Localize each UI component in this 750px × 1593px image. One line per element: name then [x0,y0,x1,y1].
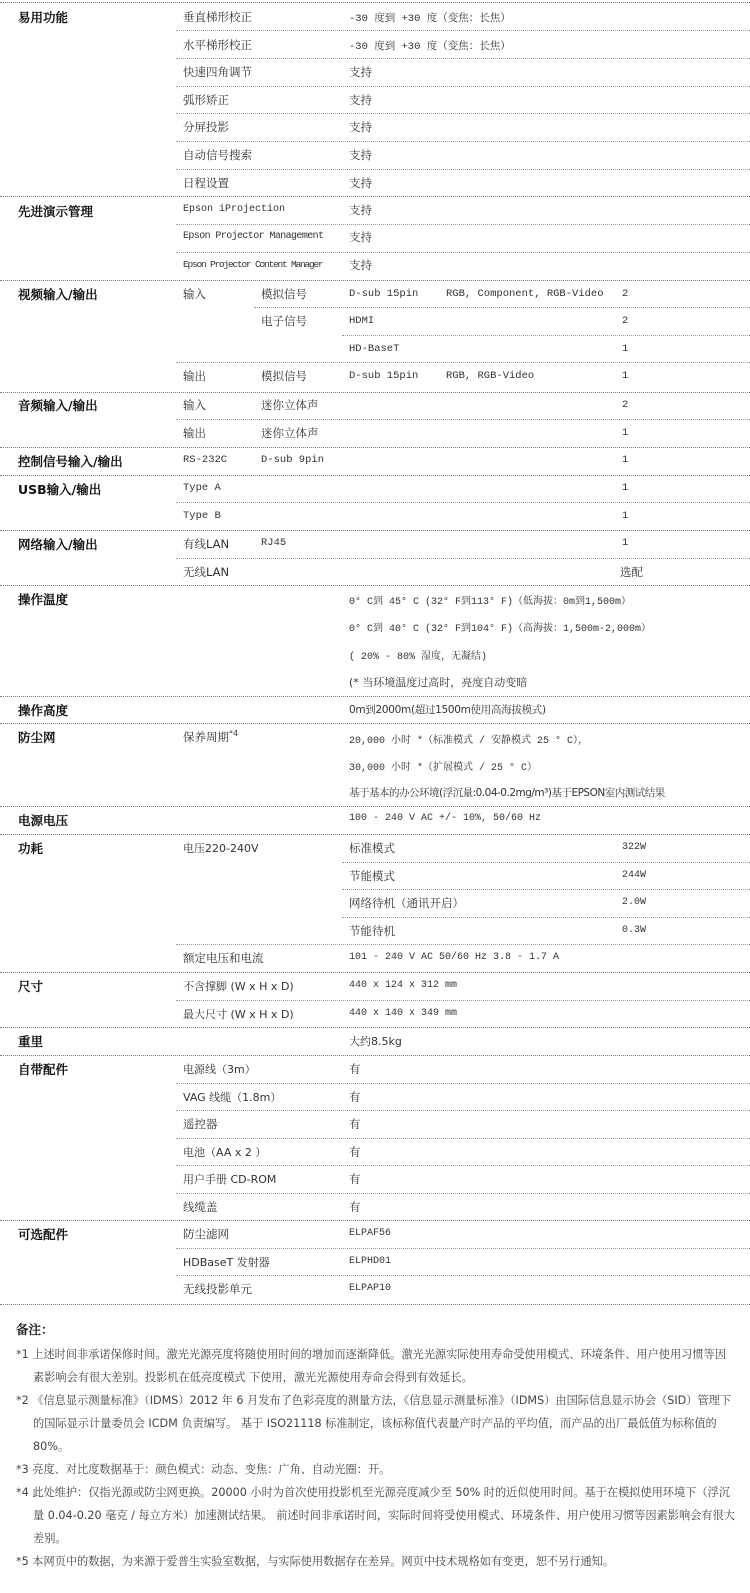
row-label: Epson Projector Content Manager [183,259,323,270]
divider [342,335,750,336]
note-1: *1 上述时间非承诺保修时间。激光光源亮度将随使用时间的增加而逐渐降低。激光光源… [16,1343,736,1389]
divider [254,307,750,308]
divider [0,447,750,448]
mode-label: 网络待机（通讯开启） [349,895,464,911]
divider [0,696,750,697]
row-label: 电池（AA x 2 ） [183,1144,266,1160]
category-power-voltage: 电源电压 [18,811,68,829]
signal-label: 电子信号 [261,313,307,329]
mode-label: 节能模式 [349,868,395,884]
divider [176,113,750,114]
row-label: Epson Projector Management [183,231,323,242]
notes-title: 备注： [16,1318,736,1341]
row-label: 弧形矫正 [183,92,229,108]
row-value: 有 [349,1116,361,1132]
note-5: *5 本网页中的数据，为来源于爱普生实验室数据，与实际使用数据存在差异。网页中技… [16,1550,736,1573]
category-usb-io: USB输入/输出 [18,480,101,498]
row-value: 支持 [349,92,372,108]
group-label: 电压220-240V [183,840,259,856]
category-video-io: 视频输入/输出 [18,285,98,303]
row-value: 支持 [349,257,372,273]
row-label: 线缆盖 [183,1199,218,1215]
weight-value: 大约8.5kg [349,1033,402,1049]
temperature-line: 0° C到 40° C (32° F到104° F)（高海拔：1,500m-2,… [349,619,651,635]
row-label: 分屏投影 [183,119,229,135]
rated-value: 101 - 240 V AC 50/60 Hz 3.8 - 1.7 A [349,952,559,963]
row-label: 垂直梯形校正 [183,9,252,25]
divider [0,723,750,724]
divider [176,224,750,225]
voltage-value: 100 - 240 V AC +/- 10%, 50/60 Hz [349,813,541,824]
count-value: 2 [622,288,628,300]
port-label: D-sub 15pin [349,370,418,382]
direction-label: Type B [183,510,221,522]
count-value: 选配 [620,564,643,580]
category-network-io: 网络输入/输出 [18,535,98,553]
divider [176,58,750,59]
row-value: 440 x 124 x 312 mm [349,980,457,991]
row-value: 有 [349,1089,361,1105]
divider [0,1055,750,1056]
divider [342,889,750,890]
row-value: 有 [349,1061,361,1077]
divider [176,1000,750,1001]
mode-label: 标准模式 [349,840,395,856]
type-label: RJ45 [261,537,286,549]
category-included-accessories: 自带配件 [18,1060,68,1078]
divider [176,419,750,420]
divider [176,1248,750,1249]
category-operating-temperature: 操作温度 [18,590,68,608]
divider [0,2,750,3]
divider [0,834,750,835]
count-value: 1 [622,343,628,355]
note-2: *2 《信息显示测量标准》（IDMS）2012 年 6 月发布了色彩亮度的测量方… [16,1389,736,1458]
rated-label: 额定电压和电流 [183,950,264,966]
divider [176,558,750,559]
category-operating-altitude: 操作高度 [18,701,68,719]
divider [0,972,750,973]
row-value: 支持 [349,202,372,218]
notes-section: 备注： *1 上述时间非承诺保修时间。激光光源亮度将随使用时间的增加而逐渐降低。… [16,1318,736,1573]
divider [176,1138,750,1139]
temperature-line: (* 当环境温度过高时，亮度自动变暗 [349,674,527,690]
divider [0,280,750,281]
row-value: 有 [349,1199,361,1215]
category-audio-io: 音频输入/输出 [18,396,98,414]
note-4: *4 此处维护：仅指光源或防尘网更换。20000 小时为首次使用投影机至光源亮度… [16,1481,736,1550]
row-label: 日程设置 [183,175,229,191]
direction-label: Type A [183,482,221,494]
divider [176,1083,750,1084]
divider [0,1304,750,1305]
count-value: 1 [622,482,628,494]
mode-label: 节能待机 [349,923,395,939]
divider [0,1027,750,1028]
divider [176,1275,750,1276]
divider [176,86,750,87]
port-label: HD-BaseT [349,343,399,355]
direction-label: 有线LAN [183,536,229,552]
category-weight: 重里 [18,1032,43,1050]
row-value: 有 [349,1144,361,1160]
divider [176,252,750,253]
format-label: RGB, RGB-Video [446,370,534,382]
row-label: 电源线（3m） [183,1061,256,1077]
row-value: 支持 [349,147,372,163]
category-power-consumption: 功耗 [18,839,43,857]
category-dust-filter: 防尘网 [18,728,56,746]
row-value: 支持 [349,119,372,135]
divider [176,141,750,142]
divider [0,806,750,807]
category-optional-accessories: 可选配件 [18,1225,68,1243]
temperature-line: 0° C到 45° C (32° F到113° F)（低海拔：0m到1,500m… [349,592,631,608]
row-label: 用户手册 CD-ROM [183,1171,276,1187]
row-value: -30 度到 +30 度（变焦：长焦） [349,38,511,53]
count-value: 1 [622,370,628,382]
divider [176,30,750,31]
divider [342,862,750,863]
divider [176,944,750,945]
row-value: ELPAP10 [349,1283,391,1294]
category-dimensions: 尺寸 [18,977,43,995]
count-value: 2 [622,315,628,327]
type-label: 迷你立体声 [261,397,319,413]
divider [342,917,750,918]
row-label: 无线投影单元 [183,1281,252,1297]
signal-label: 模拟信号 [261,368,307,384]
count-value: 1 [622,454,628,466]
count-value: 1 [622,510,628,522]
direction-label: 无线LAN [183,564,229,580]
row-label: 快速四角调节 [183,64,252,80]
divider [176,362,750,363]
divider [0,530,750,531]
direction-label: 输出 [183,368,206,384]
row-label: 水平梯形校正 [183,37,252,53]
watt-value: 2.0W [622,897,646,908]
category-ease-of-use: 易用功能 [18,8,68,26]
temperature-line: ( 20% - 80% 湿度，无凝结) [349,647,487,663]
divider [176,1193,750,1194]
row-value: 支持 [349,229,372,245]
direction-label: 输入 [183,397,206,413]
row-label: 最大尺寸 (W x H x D) [183,1006,294,1022]
divider [0,585,750,586]
direction-label: RS-232C [183,454,227,466]
watt-value: 0.3W [622,925,646,936]
port-label: HDMI [349,315,374,327]
watt-value: 244W [622,870,646,881]
row-label: 遥控器 [183,1116,218,1132]
port-label: D-sub 15pin [349,288,418,300]
row-label: HDBaseT 发射器 [183,1254,270,1270]
signal-label: 模拟信号 [261,286,307,302]
row-value: ELPAF56 [349,1228,391,1239]
divider [0,1220,750,1221]
divider [0,196,750,197]
row-value: -30 度到 +30 度（变焦：长焦） [349,10,511,25]
footnote-ref: *4 [229,729,238,738]
type-label: 迷你立体声 [261,425,319,441]
row-label: 防尘滤网 [183,1226,229,1242]
row-label: Epson iProjection [183,204,285,215]
row-value: ELPHD01 [349,1256,391,1267]
category-control-io: 控制信号输入/输出 [18,452,123,470]
filter-line: 20,000 小时 *（标准模式 / 安静模式 25 ° C）， [349,731,588,747]
category-presentation-management: 先进演示管理 [18,202,93,220]
divider [0,475,750,476]
row-value: 支持 [349,175,372,191]
row-label: 自动信号搜索 [183,147,252,163]
direction-label: 输入 [183,286,206,302]
altitude-value: 0m到2000m(超过1500m使用高海拔模式) [349,702,546,717]
filter-line: 基于基本的办公环境(浮沉量:0.04-0.2mg/m³)基于EPSON室内测试结… [349,785,665,800]
row-value: 支持 [349,64,372,80]
divider [176,1110,750,1111]
note-3: *3 亮度、对比度数据基于：颜色模式：动态、变焦：广角、自动光圈：开。 [16,1458,736,1481]
format-label: RGB, Component, RGB-Video [446,288,604,300]
count-value: 1 [622,537,628,549]
filter-line: 30,000 小时 *（扩展模式 / 25 ° C） [349,758,537,774]
row-label: 不含撑脚 (W x H x D) [183,978,294,994]
row-value: 有 [349,1171,361,1187]
row-value: 440 x 140 x 349 mm [349,1008,457,1019]
divider [176,169,750,170]
divider [176,502,750,503]
row-label: 保养周期*4 [183,729,238,745]
count-value: 1 [622,427,628,439]
divider [0,392,750,393]
maintenance-cycle-label: 保养周期 [183,730,229,744]
row-label: VAG 线缆（1.8m） [183,1089,281,1105]
divider [176,1165,750,1166]
watt-value: 322W [622,842,646,853]
direction-label: 输出 [183,425,206,441]
count-value: 2 [622,399,628,411]
type-label: D-sub 9pin [261,454,324,466]
